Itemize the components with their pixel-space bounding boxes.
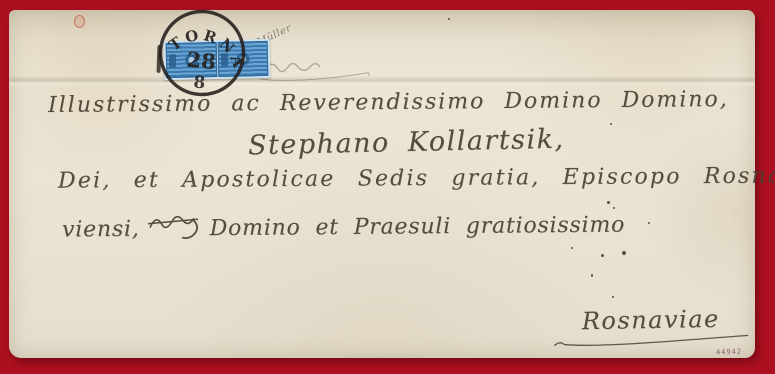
- postmark-day-text: 28: [186, 47, 217, 74]
- ink-speck: [571, 247, 573, 249]
- address-line-4-start: viensi,: [62, 217, 140, 243]
- ink-speck: [448, 18, 450, 20]
- destination-underline-flourish: [552, 332, 752, 349]
- address-line-4-end: Domino et Praesuli gratiosissimo: [210, 213, 626, 242]
- ink-speck: [613, 207, 615, 209]
- photo-backdrop: TORNA 28 8 Müller Illustrissimo ac Rever…: [0, 0, 775, 374]
- ink-speck: [610, 123, 612, 125]
- ink-speck: [607, 201, 610, 204]
- postmark-month-text: 8: [193, 72, 207, 93]
- destination-block: Rosnaviae: [552, 304, 755, 354]
- postmark-torna: TORNA 28 8: [152, 3, 252, 103]
- address-line-3: Dei, et Apostolicae Sedis gratia, Episco…: [58, 163, 775, 193]
- ink-speck: [612, 296, 614, 298]
- destination-name: Rosnaviae: [582, 305, 720, 335]
- ink-speck: [622, 251, 626, 255]
- manuscript-address: Illustrissimo ac Reverendissimo Domino D…: [0, 0, 775, 374]
- address-line-2-addressee: Stephano Kollartsik,: [248, 124, 565, 162]
- ink-speck: [591, 274, 593, 277]
- ink-speck: [601, 254, 604, 257]
- catalog-number: 44942: [716, 348, 742, 357]
- strikethrough-scribble: [145, 211, 203, 242]
- address-line-4: viensi, Domino et Praesuli gratiosissimo: [62, 202, 625, 243]
- address-line-1: Illustrissimo ac Reverendissimo Domino D…: [48, 87, 729, 118]
- ink-speck: [648, 222, 650, 224]
